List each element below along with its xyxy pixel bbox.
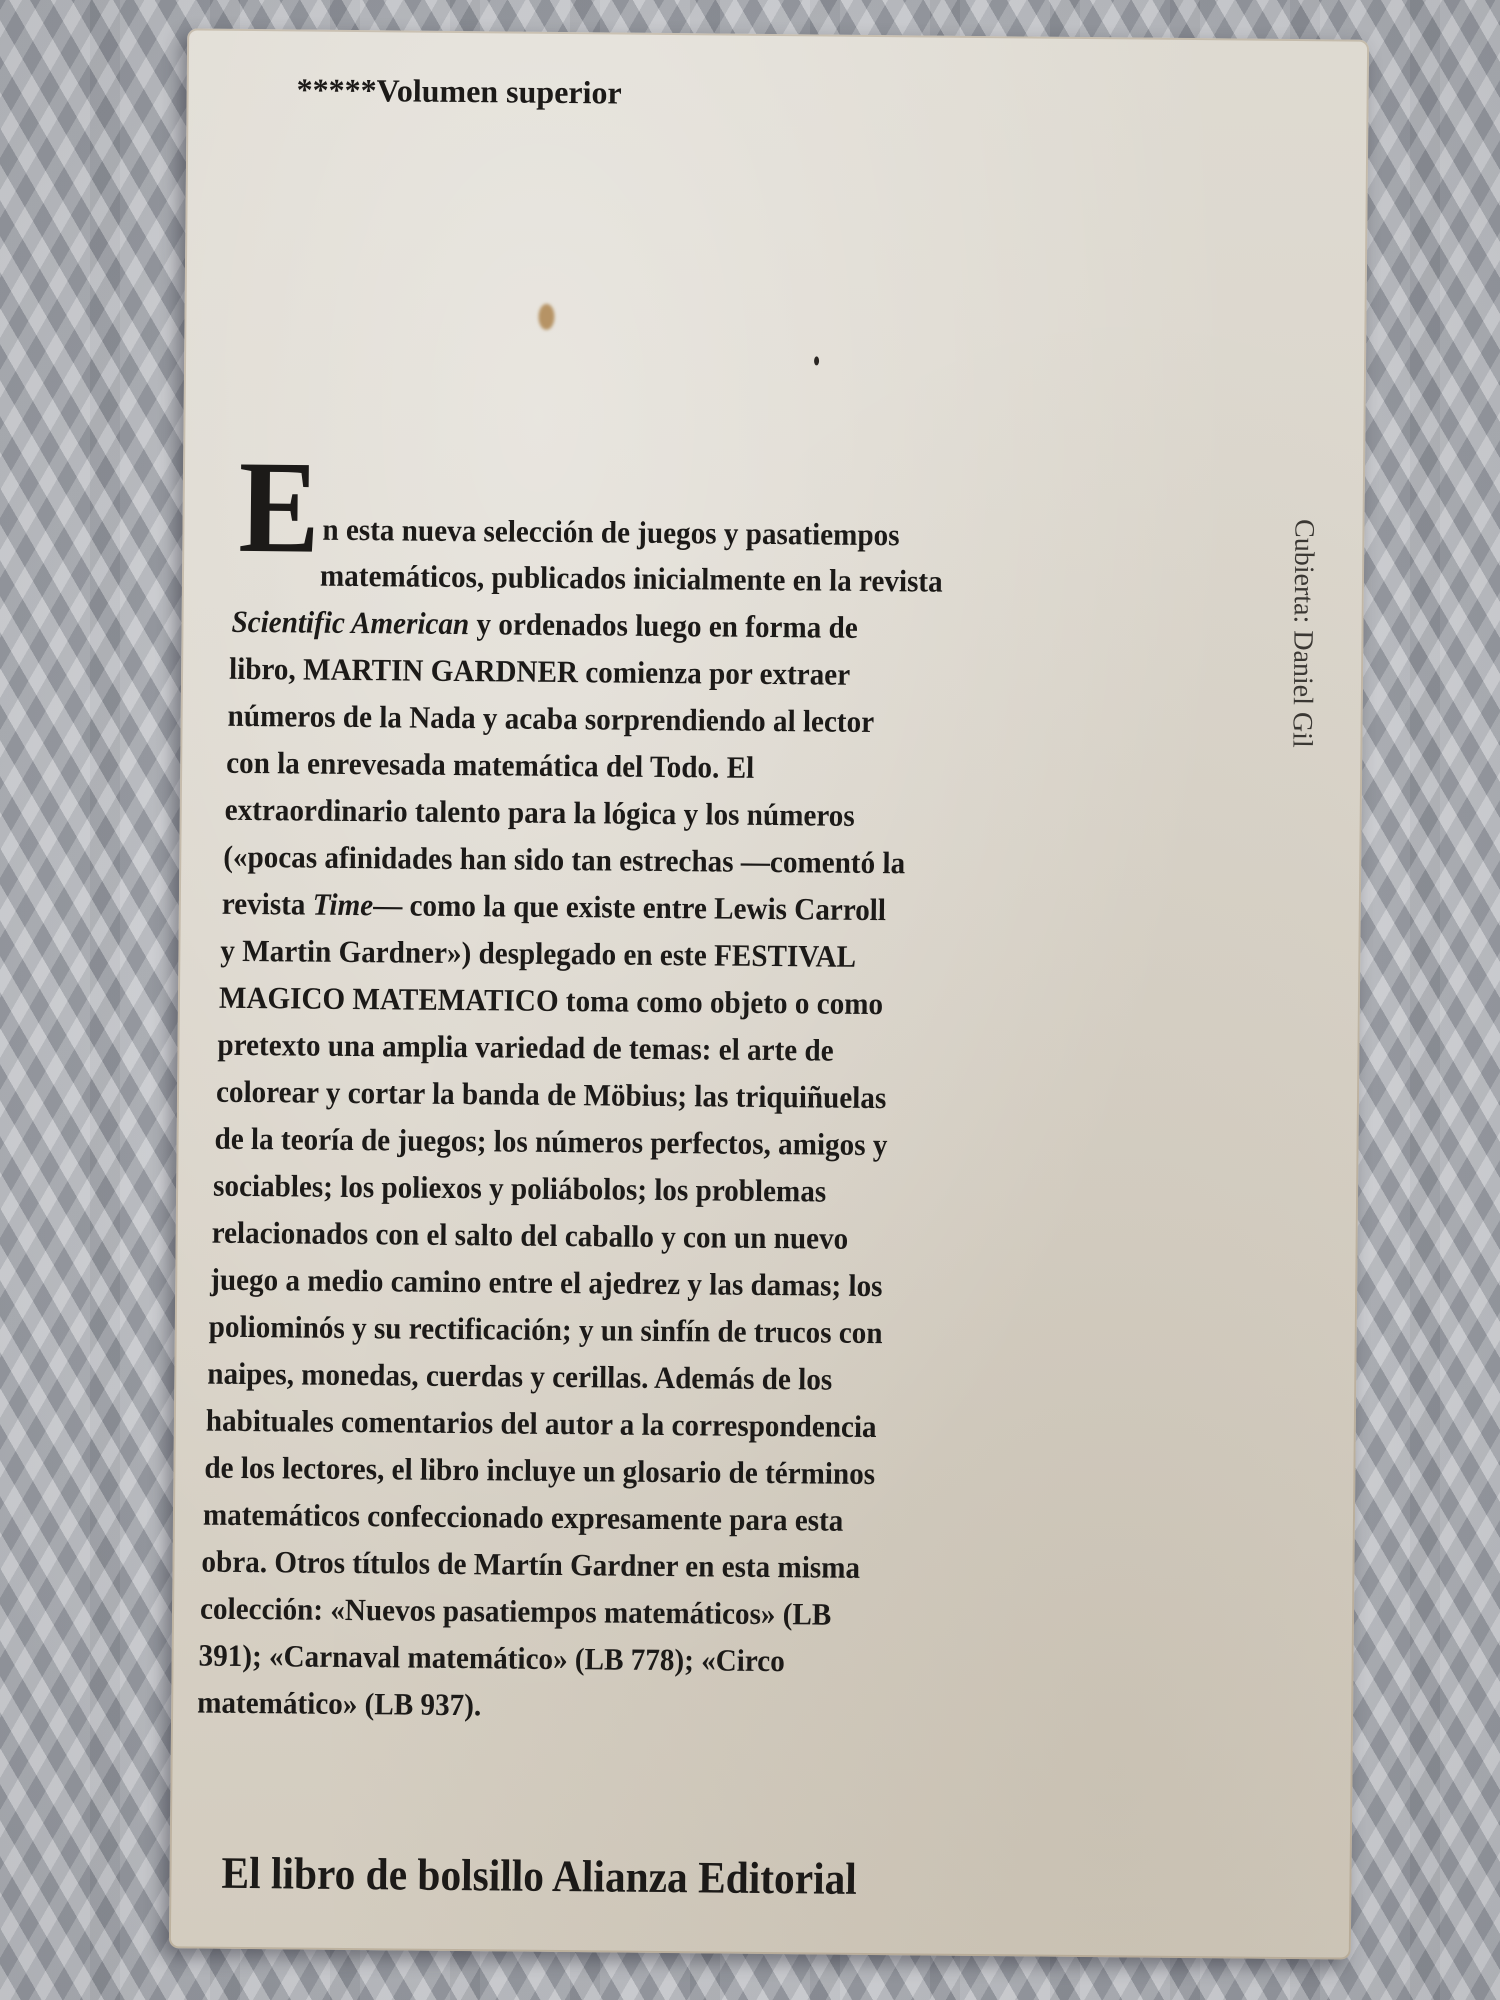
- blurb-line: MAGICO MATEMATICO toma como objeto o com…: [219, 980, 883, 1022]
- blurb: n esta nueva selección de juegos y pasat…: [187, 28, 1369, 39]
- blurb-line: 391); «Carnaval matemático» (LB 778); «C…: [198, 1638, 785, 1680]
- blurb-line: números de la Nada y acaba sorprendiendo…: [227, 698, 874, 740]
- blurb-line: colorear y cortar la banda de Möbius; la…: [216, 1074, 887, 1116]
- blurb-line: con la enrevesada matemática del Todo. E…: [226, 745, 754, 786]
- blurb-line: pretexto una amplia variedad de temas: e…: [217, 1027, 833, 1069]
- blurb-line: colección: «Nuevos pasatiempos matemátic…: [200, 1591, 832, 1633]
- blurb-line: naipes, monedas, cuerdas y cerillas. Ade…: [207, 1356, 832, 1398]
- blurb-line: matemáticos, publicados inicialmente en …: [320, 558, 943, 600]
- blurb-line: libro, MARTIN GARDNER comienza por extra…: [229, 651, 850, 693]
- magazine-title: Scientific American: [231, 604, 469, 641]
- magazine-title: Time: [313, 887, 374, 923]
- blurb-line: sociables; los poliexos y poliábolos; lo…: [213, 1168, 826, 1210]
- blurb-line: matemáticos confeccionado expresamente p…: [203, 1497, 844, 1539]
- blurb-line: matemático» (LB 937).: [197, 1685, 481, 1724]
- blurb-line: n esta nueva selección de juegos y pasat…: [322, 512, 899, 554]
- blurb-line: relacionados con el salto del caballo y …: [212, 1215, 849, 1257]
- blurb-line: de la teoría de juegos; los números perf…: [214, 1121, 887, 1163]
- blurb-line: obra. Otros títulos de Martín Gardner en…: [201, 1544, 860, 1586]
- blurb-line: extraordinario talento para la lógica y …: [225, 792, 855, 834]
- blurb-line: («pocas afinidades han sido tan estrecha…: [223, 839, 905, 882]
- drop-cap: E: [238, 447, 320, 568]
- blurb-line: revista Time— como la que existe entre L…: [222, 886, 886, 928]
- blurb-line: y Martin Gardner») desplegado en este FE…: [220, 933, 856, 975]
- book-back-cover: *****Volumen superior E n esta nueva sel…: [169, 28, 1369, 1959]
- volume-label: *****Volumen superior: [296, 71, 621, 111]
- publisher-imprint: El libro de bolsillo Alianza Editorial: [221, 1847, 857, 1905]
- paper-speck: [814, 356, 819, 365]
- blurb-line: poliominós y su rectificación; y un sinf…: [209, 1309, 883, 1351]
- blurb-line: habituales comentarios del autor a la co…: [206, 1403, 877, 1445]
- blurb-line: Scientific American y ordenados luego en…: [231, 604, 858, 646]
- paper-stain: [538, 304, 554, 330]
- blurb-line: juego a medio camino entre el ajedrez y …: [210, 1262, 883, 1304]
- blurb-line: de los lectores, el libro incluye un glo…: [204, 1450, 875, 1492]
- cover-design-credit: Cubierta: Daniel Gil: [1285, 519, 1319, 748]
